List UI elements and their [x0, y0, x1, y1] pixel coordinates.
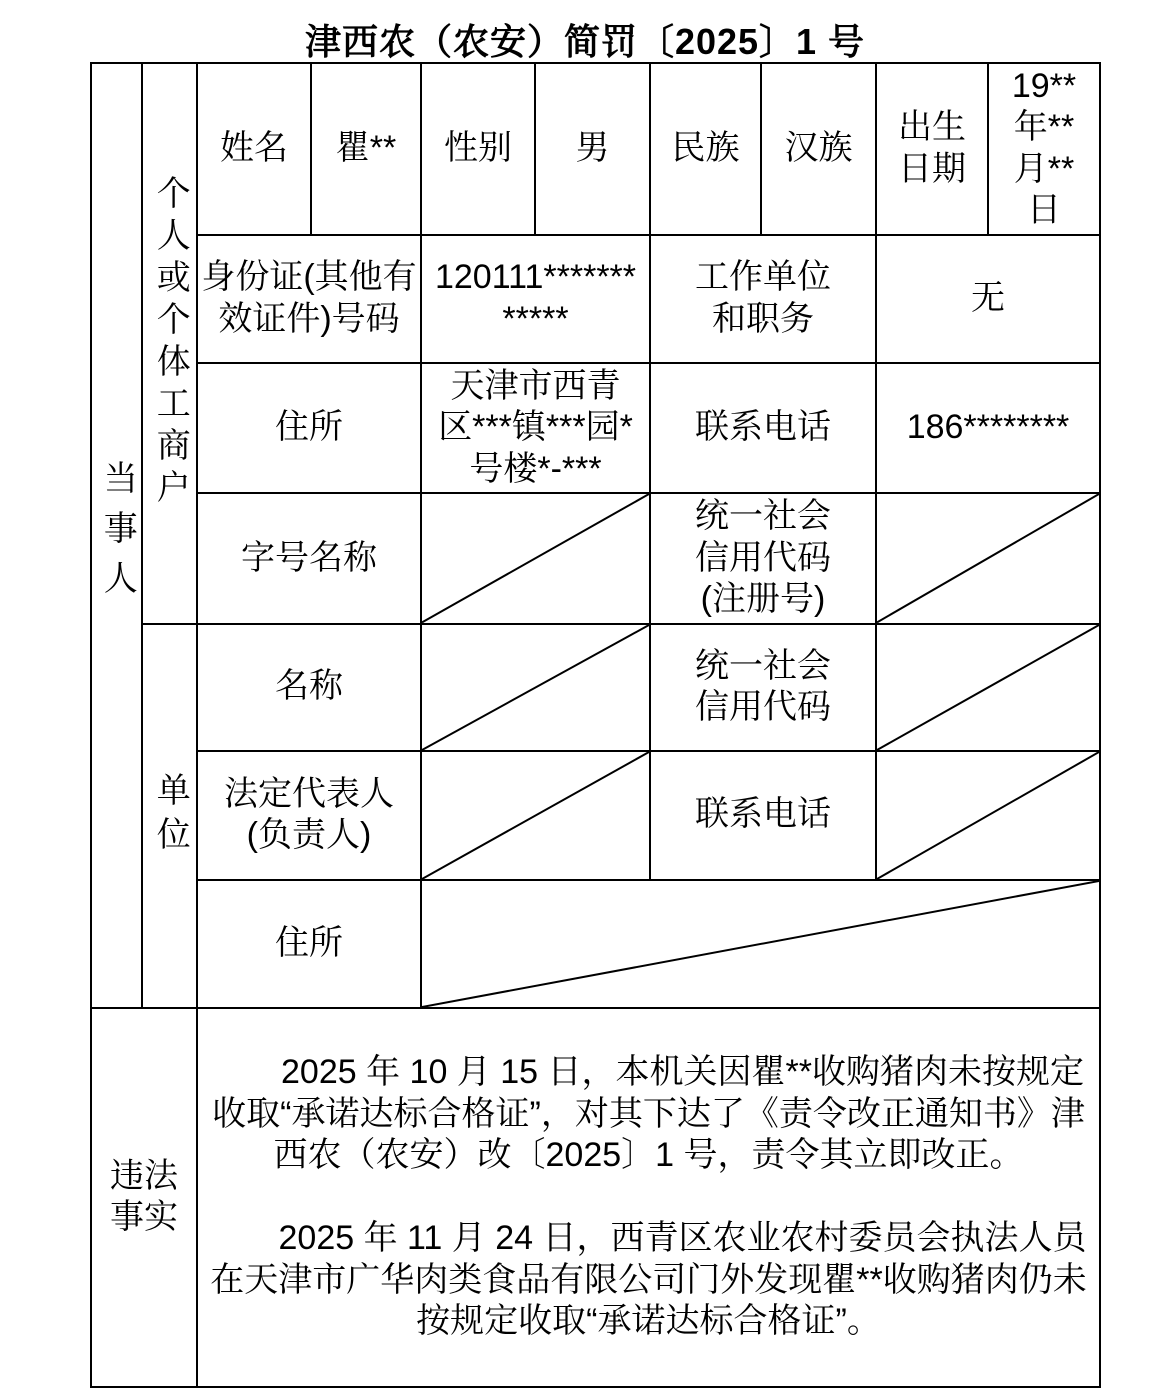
- unit-name-label: 名称: [197, 624, 421, 751]
- facts-paragraph-1: 2025 年 10 月 15 日，本机关因瞿**收购猪肉未按规定收取“承诺达标合…: [200, 1052, 1097, 1176]
- unit-name-value-empty: [421, 624, 650, 751]
- party-side-label: 当事人: [91, 63, 142, 1008]
- facts-paragraph-2: 2025 年 11 月 24 日，西青区农业农村委员会执法人员在天津市广华肉类食…: [200, 1218, 1097, 1342]
- individual-phone-label: 联系电话: [650, 363, 876, 493]
- diagonal-slash-icon: [422, 881, 1099, 1007]
- diagonal-slash-icon: [877, 625, 1099, 750]
- unit-phone-value-empty: [876, 751, 1100, 880]
- diagonal-slash-icon: [877, 752, 1099, 879]
- id-number-value: 120111******* *****: [421, 235, 650, 363]
- name-label: 姓名: [197, 63, 311, 235]
- unit-credit-code-label: 统一社会 信用代码: [650, 624, 876, 751]
- unit-phone-label: 联系电话: [650, 751, 876, 880]
- diagonal-slash-icon: [422, 752, 649, 879]
- gender-label: 性别: [421, 63, 535, 235]
- work-unit-label: 工作单位 和职务: [650, 235, 876, 363]
- unit-credit-code-value-empty: [876, 624, 1100, 751]
- unit-side-label: 单位: [142, 624, 197, 1008]
- diagonal-slash-icon: [422, 494, 649, 622]
- illegal-facts-label: 违法 事实: [91, 1008, 197, 1387]
- individual-credit-code-value-empty: [876, 493, 1100, 623]
- birth-date-label: 出生 日期: [876, 63, 988, 235]
- illegal-facts-text: 2025 年 10 月 15 日，本机关因瞿**收购猪肉未按规定收取“承诺达标合…: [197, 1008, 1100, 1387]
- diagonal-slash-icon: [877, 494, 1099, 622]
- ethnicity-label: 民族: [650, 63, 761, 235]
- id-number-label: 身份证(其他有 效证件)号码: [197, 235, 421, 363]
- work-unit-value: 无: [876, 235, 1100, 363]
- individual-address-value: 天津市西青 区***镇***园* 号楼*-***: [421, 363, 650, 493]
- unit-address-label: 住所: [197, 880, 421, 1008]
- birth-date-value: 19** 年** 月** 日: [988, 63, 1100, 235]
- document-page: 津西农（农安）简罚〔2025〕1 号 当事人 个人或个体工商户 姓名 瞿** 性…: [0, 0, 1170, 1323]
- individual-side-label: 个人或个体工商户: [142, 63, 197, 624]
- document-number-title: 津西农（农安）简罚〔2025〕1 号: [0, 14, 1170, 65]
- shop-name-value-empty: [421, 493, 650, 623]
- diagonal-slash-icon: [422, 625, 649, 750]
- unit-address-value-empty: [421, 880, 1100, 1008]
- individual-phone-value: 186********: [876, 363, 1100, 493]
- individual-credit-code-label: 统一社会 信用代码 (注册号): [650, 493, 876, 623]
- legal-rep-value-empty: [421, 751, 650, 880]
- legal-rep-label: 法定代表人 (负责人): [197, 751, 421, 880]
- penalty-table: 当事人 个人或个体工商户 姓名 瞿** 性别 男 民族 汉族 出生 日期 19*…: [90, 62, 1101, 1388]
- ethnicity-value: 汉族: [761, 63, 876, 235]
- shop-name-label: 字号名称: [197, 493, 421, 623]
- gender-value: 男: [535, 63, 650, 235]
- name-value: 瞿**: [311, 63, 421, 235]
- individual-address-label: 住所: [197, 363, 421, 493]
